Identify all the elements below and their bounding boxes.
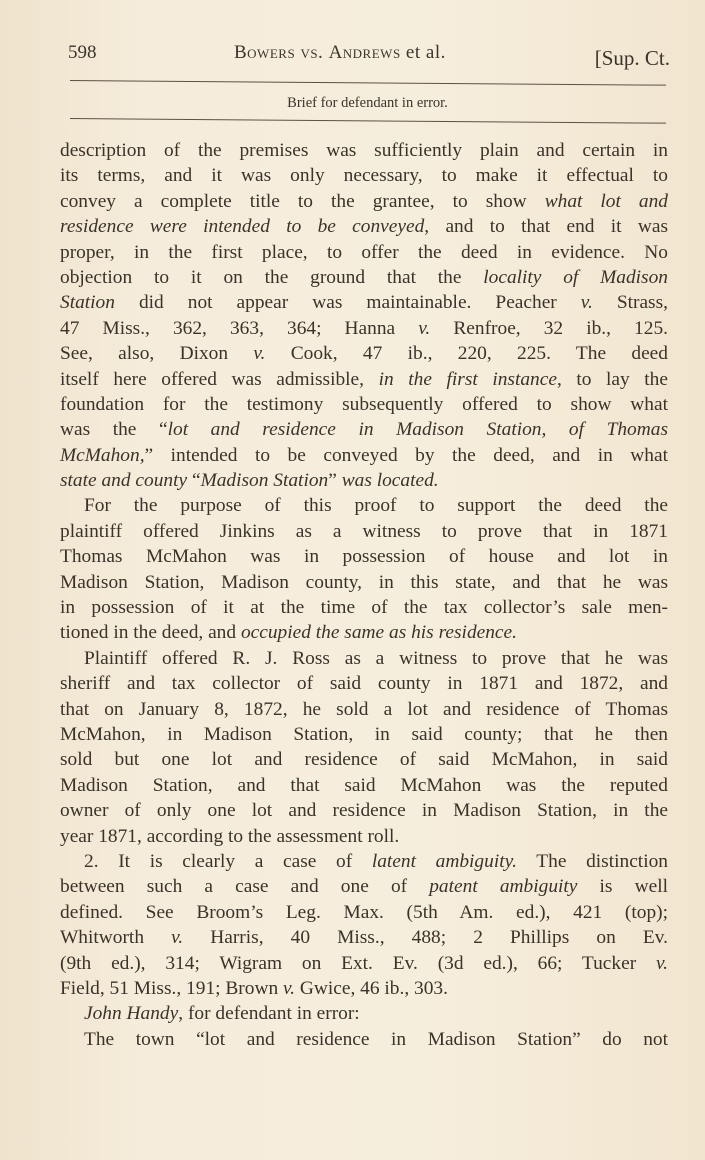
text-line: Madison Station, and that said McMahon w…	[60, 773, 668, 798]
text-line: McMahon, in Madison Station, in said cou…	[60, 722, 668, 747]
party-plaintiff: Bowers	[234, 42, 295, 63]
italic-text: v.	[283, 978, 295, 999]
text-line: foundation for the testimony subsequentl…	[60, 392, 668, 417]
italic-text: locality of Madison	[483, 267, 668, 288]
text-line: John Handy, for defendant in error:	[60, 1001, 668, 1026]
et-al: et al.	[406, 42, 446, 63]
italic-text: Madison Station	[201, 470, 329, 491]
text-line: The town “lot and residence in Madison S…	[60, 1027, 668, 1052]
text-line: proper, in the first place, to offer the…	[60, 240, 668, 265]
text-line: plaintiff offered Jinkins as a witness t…	[60, 519, 668, 544]
text-line: objection to it on the ground that the l…	[60, 265, 668, 290]
running-head: 598 Bowers vs. Andrews et al. [Sup. Ct.	[68, 38, 674, 78]
italic-text: occupied the same as his residence.	[241, 622, 517, 643]
body-text: description of the premises was sufficie…	[60, 138, 668, 1052]
text-line: defined. See Broom’s Leg. Max. (5th Am. …	[60, 900, 668, 925]
header-rule-bottom	[70, 118, 666, 124]
book-page: 598 Bowers vs. Andrews et al. [Sup. Ct. …	[0, 0, 705, 1160]
text-line: itself here offered was admissible, in t…	[60, 367, 668, 392]
text-line: owner of only one lot and residence in M…	[60, 798, 668, 823]
text-line: between such a case and one of patent am…	[60, 874, 668, 899]
text-line: Station did not appear was maintainable.…	[60, 290, 668, 315]
text-line: in possession of it at the time of the t…	[60, 595, 668, 620]
section-heading: Brief for defendant in error.	[0, 95, 705, 112]
text-line: Thomas McMahon was in possession of hous…	[60, 544, 668, 569]
text-line: convey a complete title to the grantee, …	[60, 189, 668, 214]
italic-text: McMahon,	[60, 445, 145, 466]
text-line: sold but one lot and residence of said M…	[60, 747, 668, 772]
text-line: Madison Station, Madison county, in this…	[60, 570, 668, 595]
italic-text: residence were intended to be conveyed	[60, 216, 424, 237]
text-line: See, also, Dixon v. Cook, 47 ib., 220, 2…	[60, 341, 668, 366]
italic-text: was located.	[342, 470, 439, 491]
text-line: sheriff and tax collector of said county…	[60, 671, 668, 696]
italic-text: what lot and	[545, 191, 668, 212]
text-line: was the “lot and residence in Madison St…	[60, 417, 668, 442]
italic-text: v.	[581, 292, 593, 313]
text-line: Field, 51 Miss., 191; Brown v. Gwice, 46…	[60, 976, 668, 1001]
italic-text: lot and residence in Madison Station, of…	[168, 419, 668, 440]
text-line: state and county “Madison Station” was l…	[60, 468, 668, 493]
text-line: year 1871, according to the assessment r…	[60, 824, 668, 849]
text-line: Plaintiff offered R. J. Ross as a witnes…	[60, 646, 668, 671]
italic-text: v.	[656, 953, 668, 974]
text-line: (9th ed.), 314; Wigram on Ext. Ev. (3d e…	[60, 951, 668, 976]
italic-text: v.	[171, 927, 183, 948]
text-line: 2. It is clearly a case of latent ambigu…	[60, 849, 668, 874]
text-line: Whitworth v. Harris, 40 Miss., 488; 2 Ph…	[60, 925, 668, 950]
italic-text: v.	[418, 318, 430, 339]
italic-text: John Handy	[84, 1003, 178, 1024]
party-defendant: Andrews	[329, 42, 401, 63]
italic-text: in the first instance	[379, 369, 557, 390]
text-line: tioned in the deed, and occupied the sam…	[60, 620, 668, 645]
text-line: residence were intended to be conveyed, …	[60, 214, 668, 239]
text-line: description of the premises was sufficie…	[60, 138, 668, 163]
text-line: that on January 8, 1872, he sold a lot a…	[60, 697, 668, 722]
italic-text: Station	[60, 292, 115, 313]
text-line: McMahon,” intended to be conveyed by the…	[60, 443, 668, 468]
case-title: Bowers vs. Andrews et al.	[234, 42, 446, 64]
header-rule-top	[70, 80, 666, 86]
italic-text: v.	[253, 343, 265, 364]
page-number: 598	[68, 42, 97, 64]
text-line: 47 Miss., 362, 363, 364; Hanna v. Renfro…	[60, 316, 668, 341]
text-line: For the purpose of this proof to support…	[60, 493, 668, 518]
text-line: its terms, and it was only necessary, to…	[60, 163, 668, 188]
italic-text: state and county	[60, 470, 187, 491]
versus: vs.	[300, 42, 323, 63]
court-label: [Sup. Ct.	[595, 46, 670, 71]
italic-text: latent ambiguity.	[372, 851, 517, 872]
italic-text: patent ambiguity	[429, 876, 577, 897]
